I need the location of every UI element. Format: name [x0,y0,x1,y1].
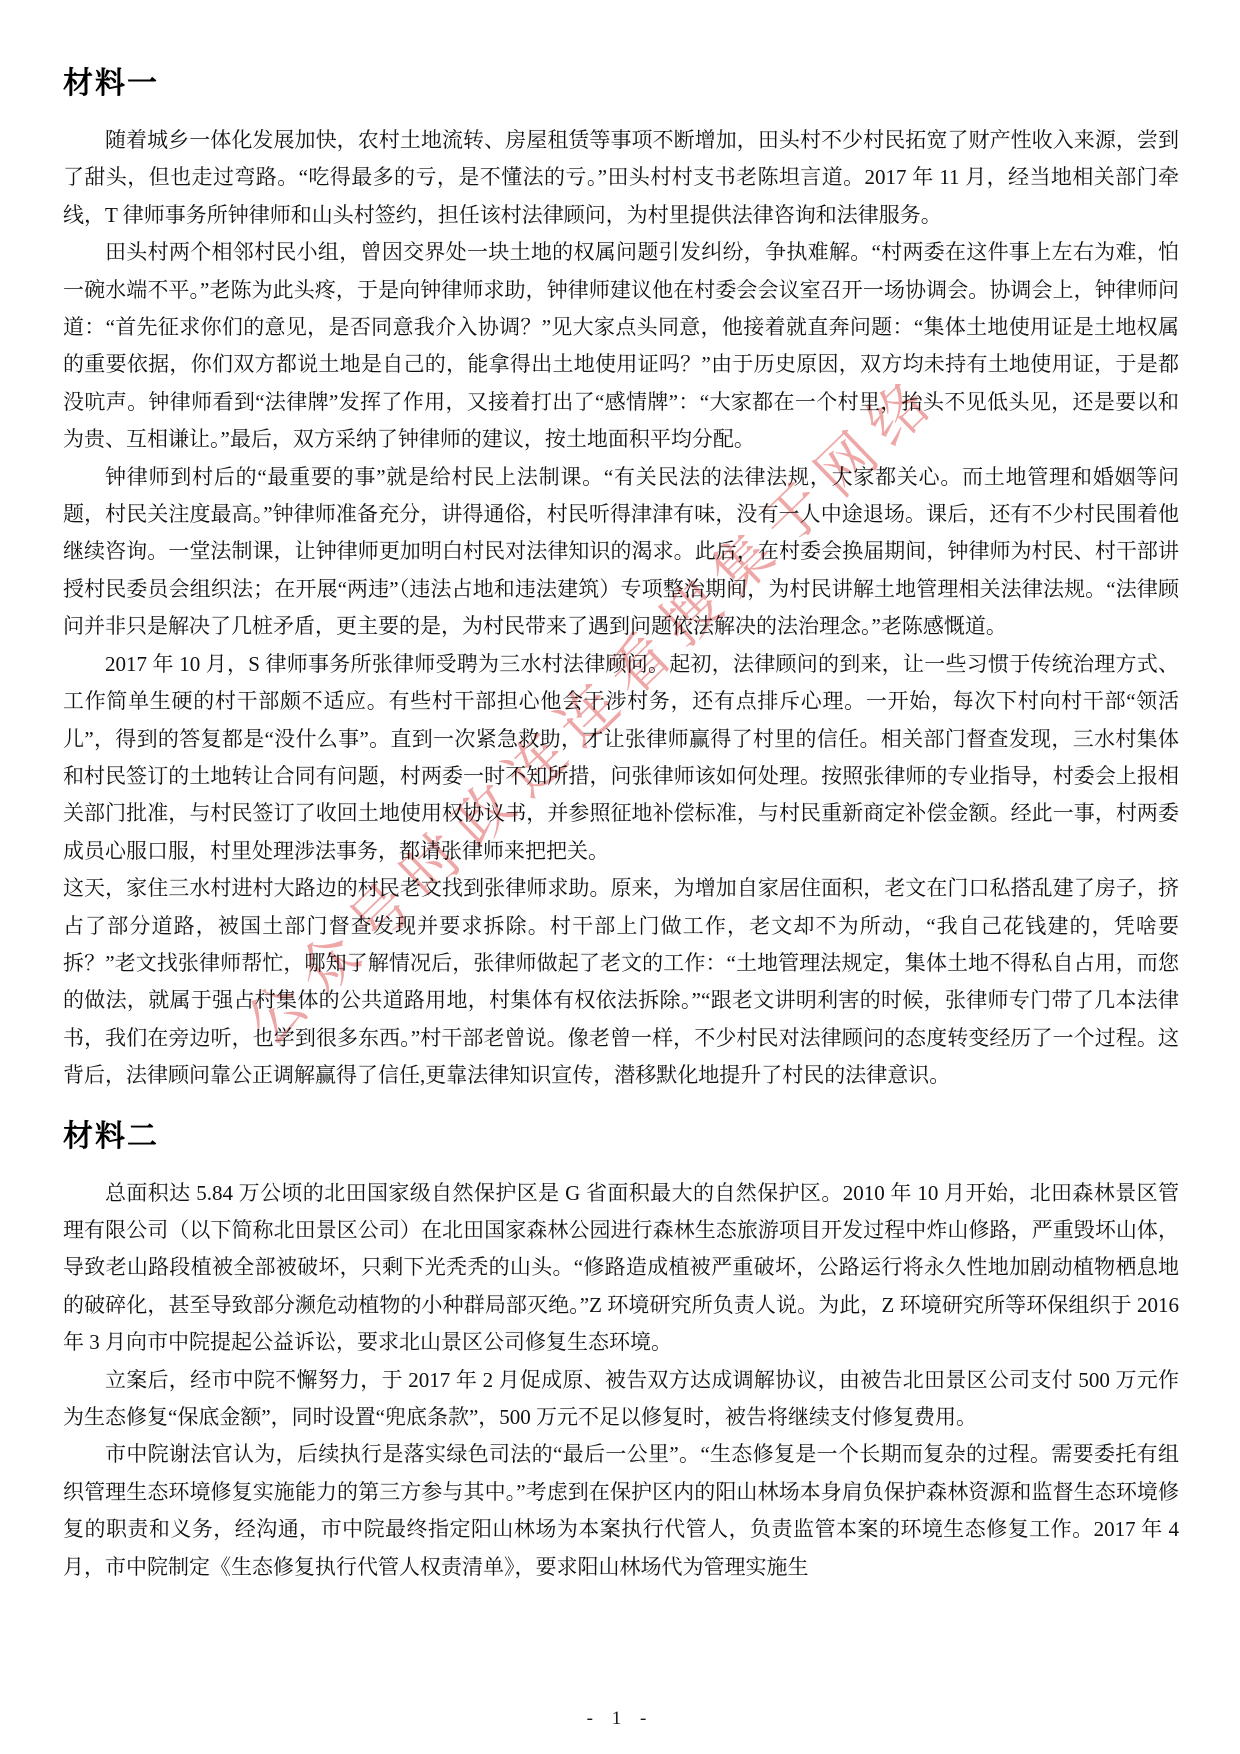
body-paragraph: 2017 年 10 月，S 律师事务所张律师受聘为三水村法律顾问。起初，法律顾问… [63,646,1179,870]
section-title-material-1: 材料一 [63,58,1179,102]
body-paragraph: 市中院谢法官认为，后续执行是落实绿色司法的“最后一公里”。“生态修复是一个长期而… [63,1436,1179,1586]
body-paragraph: 田头村两个相邻村民小组，曾因交界处一块土地的权属问题引发纠纷，争执难解。“村两委… [63,234,1179,458]
body-paragraph: 这天，家住三水村进村大路边的村民老文找到张律师求助。原来，为增加自家居住面积，老… [63,870,1179,1094]
body-paragraph: 钟律师到村后的“最重要的事”就是给村民上法制课。“有关民法的法律法规，大家都关心… [63,459,1179,646]
page-number: - 1 - [0,1708,1240,1730]
document-page: 材料一 随着城乡一体化发展加快，农村土地流转、房屋租赁等事项不断增加，田头村不少… [0,0,1240,1754]
body-paragraph: 随着城乡一体化发展加快，农村土地流转、房屋租赁等事项不断增加，田头村不少村民拓宽… [63,122,1179,234]
section-title-material-2: 材料二 [63,1111,1179,1155]
document-content: 材料一 随着城乡一体化发展加快，农村土地流转、房屋租赁等事项不断增加，田头村不少… [63,58,1179,1586]
body-paragraph: 总面积达 5.84 万公顷的北田国家级自然保护区是 G 省面积最大的自然保护区。… [63,1175,1179,1362]
body-paragraph: 立案后，经市中院不懈努力，于 2017 年 2 月促成原、被告双方达成调解协议，… [63,1362,1179,1437]
